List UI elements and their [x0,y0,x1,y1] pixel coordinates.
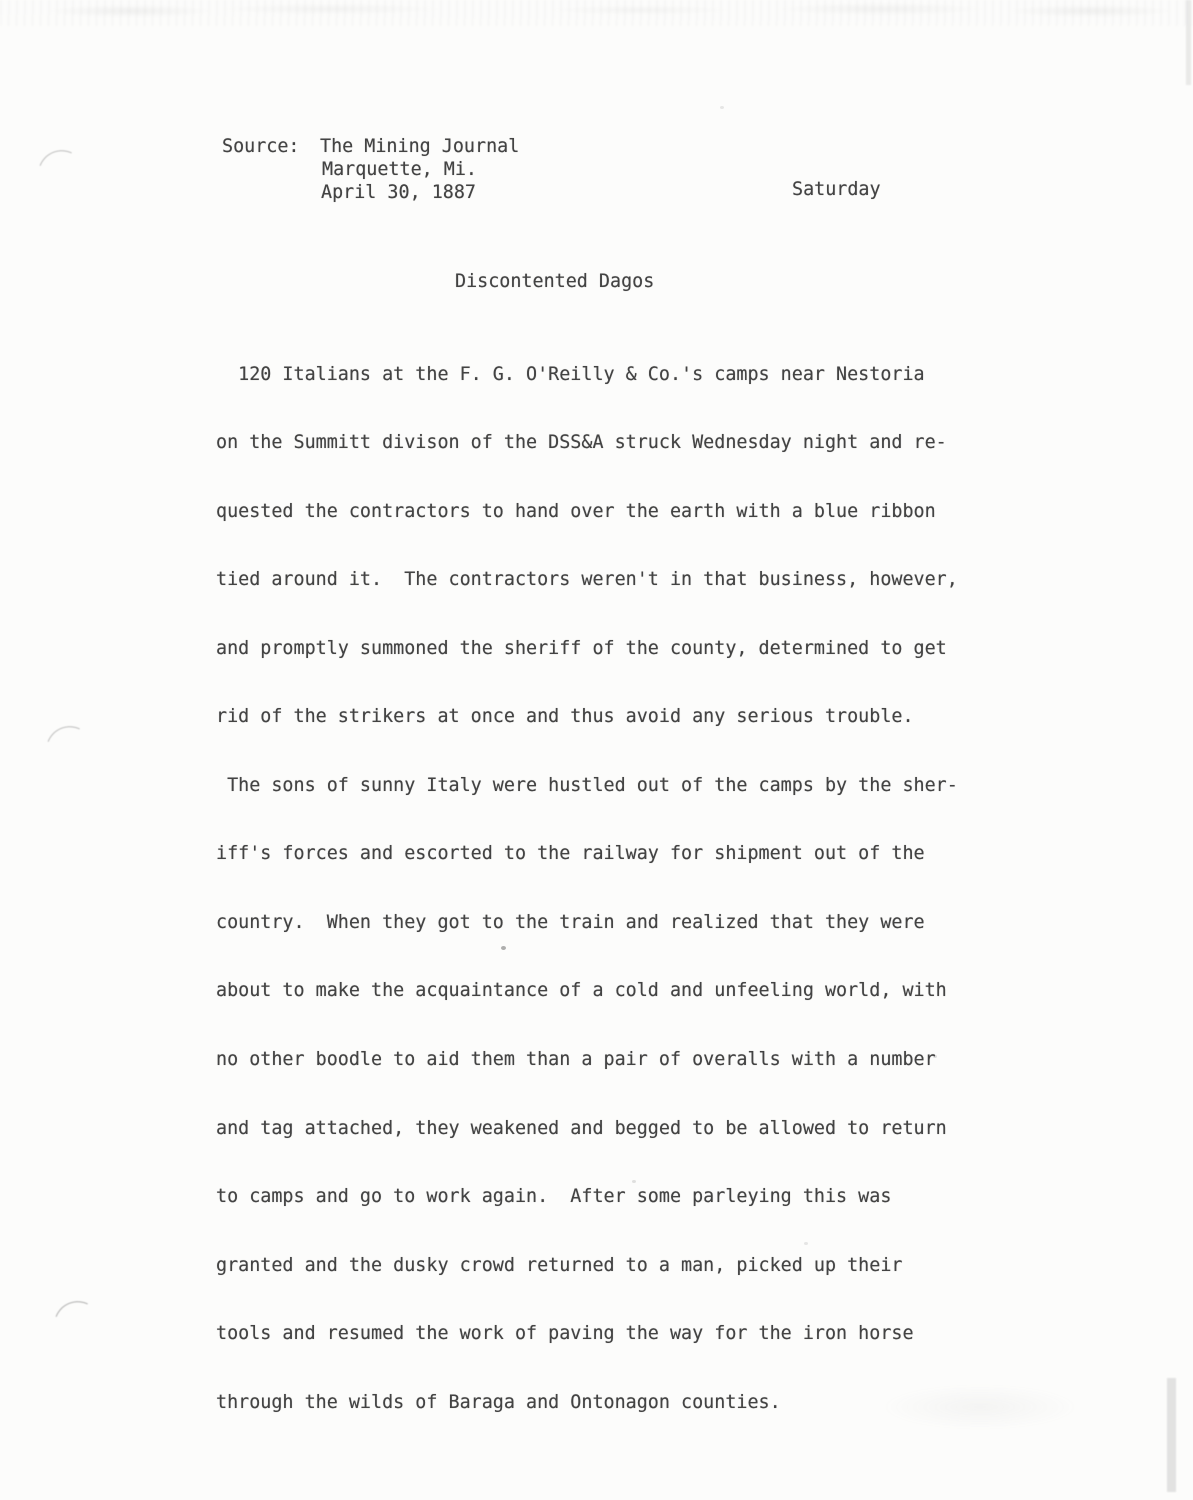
article-line: no other boodle to aid them than a pair … [216,1049,958,1072]
article-line: country. When they got to the train and … [216,912,958,935]
scan-speck [720,106,724,109]
publication-location: Marquette, Mi. [322,159,477,182]
article-body: 120 Italians at the F. G. O'Reilly & Co.… [216,318,958,1460]
binder-ring-mark-middle [38,719,105,788]
binder-ring-mark-bottom [46,1294,113,1363]
publication-name: The Mining Journal [320,136,519,159]
article-line: iff's forces and escorted to the railway… [216,843,958,866]
binder-ring-mark-top [30,143,97,212]
scan-artifact-right-edge-top [1186,0,1191,85]
article-line: rid of the strikers at once and thus avo… [216,706,958,729]
article-line: tools and resumed the work of paving the… [216,1323,958,1346]
article-line: and tag attached, they weakened and begg… [216,1118,958,1141]
article-line: granted and the dusky crowd returned to … [216,1255,958,1278]
article-line: quested the contractors to hand over the… [216,501,958,524]
day-of-week: Saturday [792,179,881,202]
article-line: The sons of sunny Italy were hustled out… [216,775,958,798]
source-label: Source: [222,136,300,159]
article-line: through the wilds of Baraga and Ontonago… [216,1392,958,1415]
publication-date: April 30, 1887 [321,182,476,205]
article-line: on the Summitt divison of the DSS&A stru… [216,432,958,455]
scan-artifact-right-edge-bottom [1167,1378,1176,1492]
article-title: Discontented Dagos [455,271,654,294]
article-line: to camps and go to work again. After som… [216,1186,958,1209]
article-line: and promptly summoned the sheriff of the… [216,638,958,661]
scanned-document-page: Source: The Mining Journal Marquette, Mi… [0,0,1193,1500]
article-line: about to make the acquaintance of a cold… [216,980,958,1003]
article-line: tied around it. The contractors weren't … [216,569,958,592]
scan-artifact-top-edge [0,0,1193,26]
article-line: 120 Italians at the F. G. O'Reilly & Co.… [216,364,958,387]
